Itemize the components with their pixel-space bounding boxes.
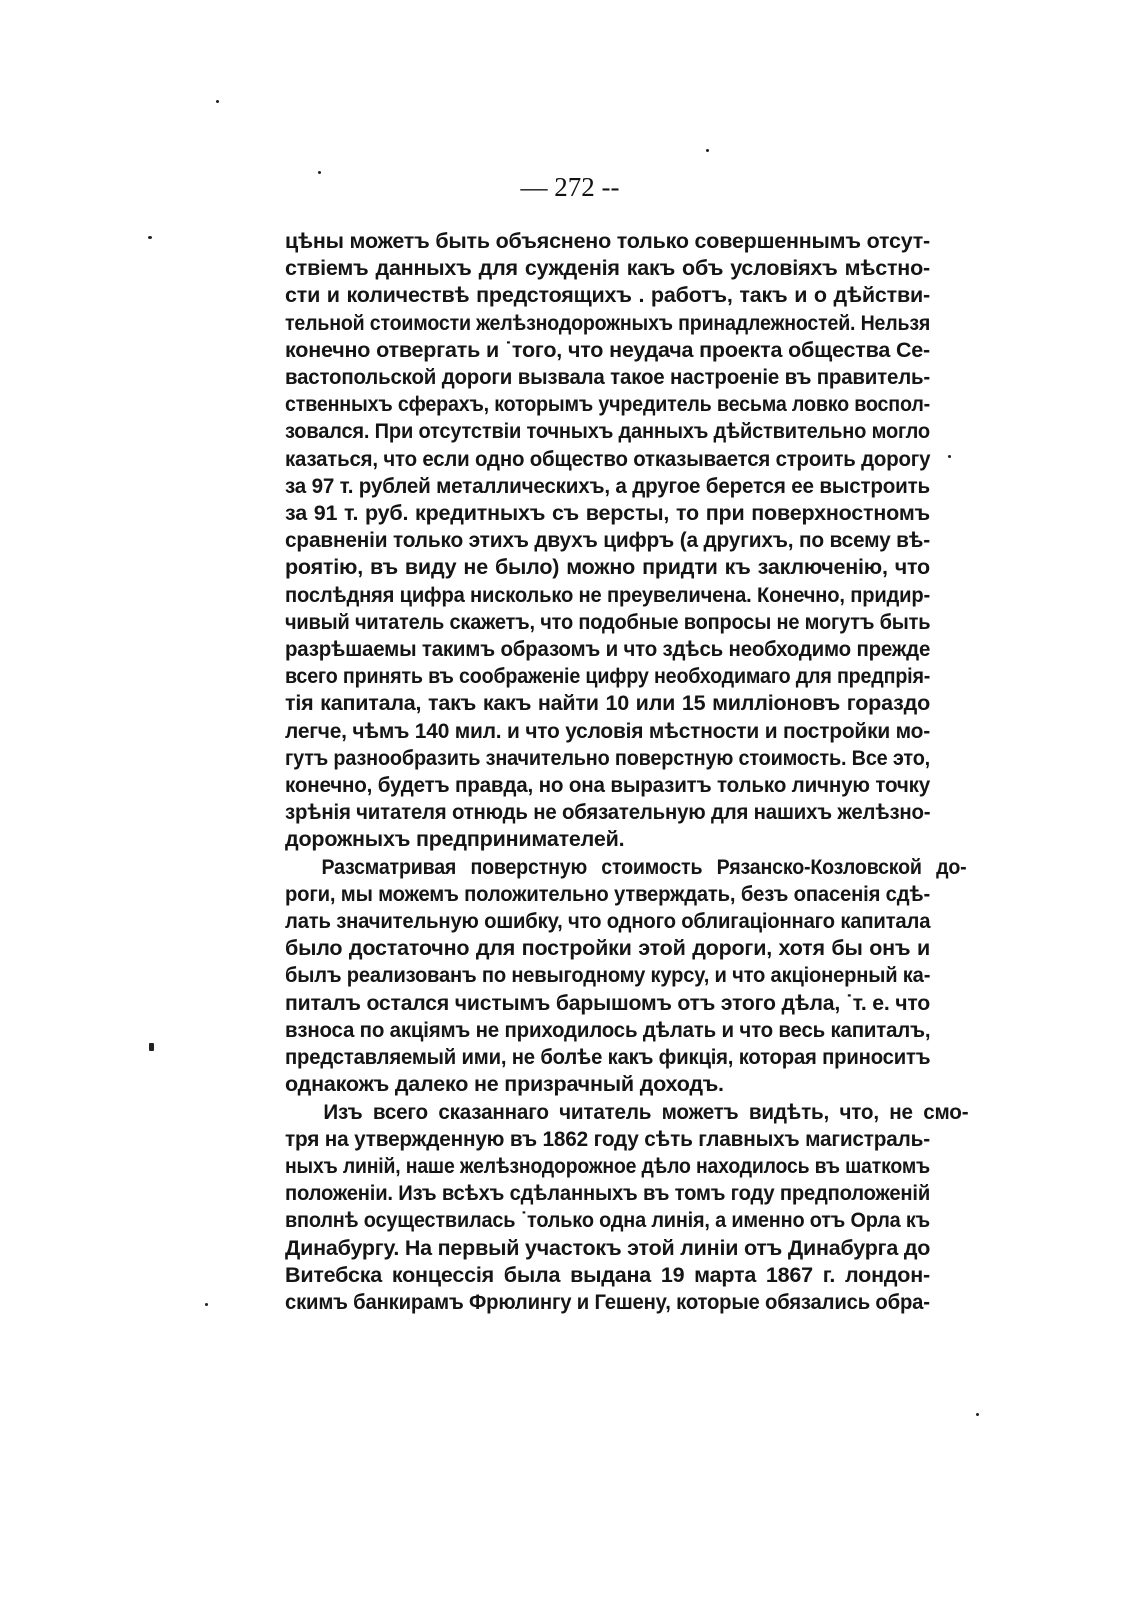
scan-speck: [149, 1043, 154, 1051]
text-line: конечно, будетъ правда, но она выразитъ …: [285, 772, 930, 799]
text-line: всего принять въ соображеніе цифру необх…: [285, 663, 930, 690]
text-line: сравненіи только этихъ двухъ цифръ (а др…: [285, 527, 930, 554]
scan-speck: [148, 236, 152, 239]
text-line: положеніи. Изъ всѣхъ сдѣланныхъ въ томъ …: [285, 1180, 930, 1207]
text-line: послѣдняя цифра нисколько не преувеличен…: [285, 582, 930, 609]
text-line: дорожныхъ предпринимателей.: [285, 826, 930, 853]
text-line: ствіемъ данныхъ для сужденія какъ объ ус…: [285, 255, 930, 282]
text-line: за 97 т. рублей металлическихъ, а другое…: [285, 473, 930, 500]
text-line: Разсматривая поверстную стоимость Рязанс…: [285, 854, 966, 881]
text-line: разрѣшаемы такимъ образомъ и что здѣсь н…: [285, 636, 930, 663]
text-line: зрѣнія читателя отнюдь не обязательную д…: [285, 799, 930, 826]
page-number: — 272 --: [0, 172, 1140, 203]
text-line: было достаточно для постройки этой дорог…: [285, 935, 930, 962]
text-line: ственныхъ сферахъ, которымъ учредитель в…: [285, 391, 930, 418]
text-line: Изъ всего сказаннаго читатель можетъ вид…: [285, 1099, 968, 1126]
text-line: взноса по акціямъ не приходилось дѣлать …: [285, 1017, 930, 1044]
text-line: за 91 т. руб. кредитныхъ съ версты, то п…: [285, 500, 930, 527]
scan-speck: [976, 1413, 979, 1416]
text-line: скимъ банкирамъ Фрюлингу и Гешену, котор…: [285, 1289, 930, 1316]
body-text: цѣны можетъ быть объяснено только соверш…: [285, 228, 930, 1316]
scan-speck: [706, 149, 709, 152]
text-line: сти и количествѣ предстоящихъ . работъ, …: [285, 282, 930, 309]
text-line: вполнѣ осуществилась ˙только одна линія,…: [285, 1207, 930, 1234]
text-line: роятію, въ виду не было) можно придти къ…: [285, 554, 930, 581]
text-line: цѣны можетъ быть объяснено только соверш…: [285, 228, 930, 255]
text-line: Динабургу. На первый участокъ этой линіи…: [285, 1235, 930, 1262]
text-line: питалъ остался чистымъ барышомъ отъ этог…: [285, 990, 930, 1017]
text-line: зовался. При отсутствіи точныхъ данныхъ …: [285, 418, 930, 445]
text-line: роги, мы можемъ положительно утверждать,…: [285, 881, 930, 908]
scan-speck: [205, 1303, 208, 1306]
text-line: легче, чѣмъ 140 мил. и что условія мѣстн…: [285, 718, 930, 745]
text-line: представляемый ими, не болѣе какъ фикція…: [285, 1044, 930, 1071]
text-line: былъ реализованъ по невыгодному курсу, и…: [285, 962, 930, 989]
text-line: гутъ разнообразить значительно поверстну…: [285, 745, 930, 772]
scan-speck: [216, 100, 219, 103]
text-line: ныхъ линій, наше желѣзнодорожное дѣло на…: [285, 1153, 930, 1180]
text-line: однакожъ далеко не призрачный доходъ.: [285, 1071, 930, 1098]
text-line: чивый читатель скажетъ, что подобные воп…: [285, 609, 930, 636]
text-line: тія капитала, такъ какъ найти 10 или 15 …: [285, 690, 930, 717]
scan-speck: [948, 455, 951, 458]
text-line: тельной стоимости желѣзнодорожныхъ прина…: [285, 310, 930, 337]
scan-speck: [318, 171, 321, 174]
text-line: лать значительную ошибку, что одного обл…: [285, 908, 930, 935]
text-line: конечно отвергать и ˙того, что неудача п…: [285, 337, 930, 364]
text-line: вастопольской дороги вызвала такое настр…: [285, 364, 930, 391]
text-line: казаться, что если одно общество отказыв…: [285, 446, 930, 473]
text-line: тря на утвержденную въ 1862 году сѣть гл…: [285, 1126, 930, 1153]
text-line: Витебска концессія была выдана 19 марта …: [285, 1262, 930, 1289]
